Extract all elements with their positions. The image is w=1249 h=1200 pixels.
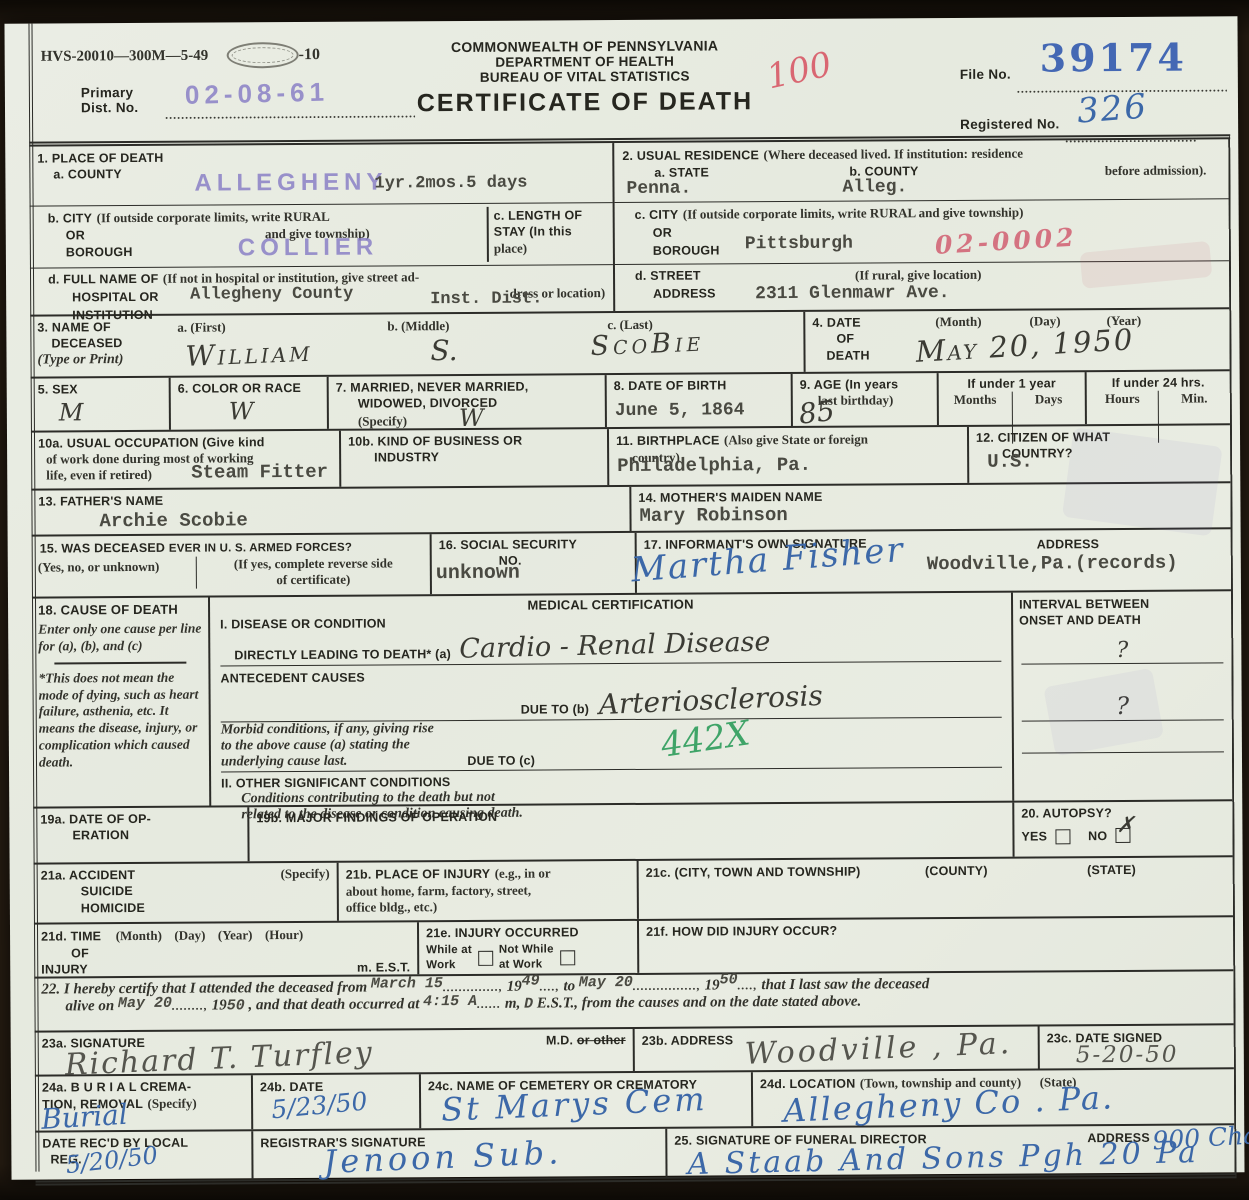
section-2-usual-residence: 2. USUAL RESIDENCE (Where deceased lived… — [614, 139, 1229, 311]
section-date-recd: DATE REC'D BY LOCAL REG. 5/20/50 — [35, 1131, 253, 1180]
section-19b-findings: 19b. MAJOR FINDINGS OF OPERATION — [249, 803, 1014, 862]
county-stamp: ALLEGHENY — [194, 168, 387, 197]
street-address-value: 2311 Glenmawr Ave. — [755, 283, 950, 304]
section-25-funeral-director: 25. SIGNATURE OF FUNERAL DIRECTOR ADDRES… — [667, 1125, 1234, 1176]
dob-value: June 5, 1864 — [615, 400, 745, 421]
institution-value: Allegheny County — [190, 285, 353, 305]
section-24c-cemetery: 24c. NAME OF CEMETERY OR CREMATORY St Ma… — [421, 1072, 753, 1128]
section-1-place-of-death: 1. PLACE OF DEATH a. COUNTY ALLEGHENY 1y… — [29, 143, 615, 315]
birthplace-value: Philadelphia, Pa. — [617, 454, 811, 477]
section-21c-city-county-state: 21c. (CITY, TOWN AND TOWNSHIP) (COUNTY) … — [639, 857, 1233, 919]
autopsy-no-mark: ✗ — [1116, 813, 1135, 838]
sex-value: M — [59, 398, 84, 426]
section-registrar-signature: REGISTRAR'S SIGNATURE Jenoon Sub. — [253, 1129, 667, 1180]
section-15-armed-forces: 15. WAS DECEASED EVER IN U. S. ARMED FOR… — [32, 534, 432, 596]
row-occupation-birthplace: 10a. USUAL OCCUPATION (Give kind of work… — [31, 425, 1230, 490]
res-city-value: Pittsburgh — [745, 234, 853, 255]
registered-no-value: 326 — [1076, 86, 1150, 131]
while-at-work-checkbox — [478, 951, 493, 966]
attended-from-value: March 15 — [371, 975, 443, 992]
section-23b-address: 23b. ADDRESS Woodville , Pa. — [635, 1026, 1040, 1070]
document-title: CERTIFICATE OF DEATH — [375, 87, 795, 119]
section-17-informant: 17. INFORMANT'S OWN SIGNATURE ADDRESS Ma… — [637, 529, 1231, 593]
row-registrar: DATE REC'D BY LOCAL REG. 5/20/50 REGISTR… — [35, 1125, 1234, 1180]
certificate-paper: HVS-20010—300M—5-49 -10 Primary Dist. No… — [4, 16, 1244, 1180]
first-name-value: William — [185, 335, 313, 373]
section-13-father: 13. FATHER'S NAME Archie Scobie — [31, 487, 631, 535]
marital-value: W — [459, 404, 484, 432]
section-7-marital: 7. MARRIED, NEVER MARRIED, WIDOWED, DIVO… — [329, 375, 607, 429]
last-alive-value: May 20 — [118, 995, 172, 1012]
row-parents: 13. FATHER'S NAME Archie Scobie 14. MOTH… — [31, 483, 1230, 536]
row-accident: 21a. ACCIDENT(Specify) SUICIDE HOMICIDE … — [34, 857, 1233, 924]
last-alive-year: 50 — [227, 997, 245, 1014]
section-21e-injury-occurred: 21e. INJURY OCCURRED While atWork Not Wh… — [419, 921, 639, 974]
section-3-name: 3. NAME OF DECEASED (Type or Print) a. (… — [30, 312, 805, 377]
last-name-value: ScoBie — [590, 327, 705, 363]
section-21f-how-injury: 21f. HOW DID INJURY OCCUR? — [639, 917, 1233, 973]
age-value: 85 — [797, 394, 836, 431]
section-18-cause-label: 18. CAUSE OF DEATH Enter only one cause … — [32, 598, 211, 807]
date-signed-value: 5-20-50 — [1076, 1042, 1179, 1069]
row-certification: 22. I hereby certify that I attended the… — [34, 971, 1233, 1032]
row-sex-race-birth: 5. SEX M 6. COLOR OR RACE W 7. MARRIED, … — [31, 371, 1230, 432]
section-21a-accident: 21a. ACCIDENT(Specify) SUICIDE HOMICIDE — [34, 863, 339, 923]
section-18-interval: INTERVAL BETWEEN ONSET AND DEATH ? ? — [1013, 591, 1232, 800]
section-24b-burial-date: 24b. DATE 5/23/50 — [253, 1074, 421, 1129]
interval-b-value: ? — [1116, 692, 1129, 720]
section-9-under-24h: If under 24 hrs. Hours Min. — [1087, 371, 1230, 424]
agency-header: COMMONWEALTH OF PENNSYLVANIA DEPARTMENT … — [375, 37, 795, 119]
section-24d-location: 24d. LOCATION (Town, township and county… — [753, 1069, 1234, 1126]
section-10b-industry: 10b. KIND OF BUSINESS OR INDUSTRY — [341, 429, 609, 487]
not-while-at-work-checkbox — [560, 951, 575, 966]
section-24a-burial: 24a. B U R I A L CREMA- TION, REMOVAL (S… — [35, 1075, 253, 1130]
state-seal-icon — [227, 42, 299, 68]
institution-value-2: Inst. Dist. — [430, 289, 542, 309]
section-20-autopsy: 20. AUTOPSY? YES NO ✗ — [1014, 801, 1232, 856]
race-value: W — [229, 397, 254, 425]
section-4-date-of-death: 4. DATE OF DEATH (Month) (Day) (Year) Ma… — [805, 309, 1229, 372]
scanned-death-certificate: HVS-20010—300M—5-49 -10 Primary Dist. No… — [0, 0, 1249, 1200]
dst-mark: D — [524, 996, 533, 1013]
death-time-value: 4:15 A — [423, 993, 477, 1010]
registered-no-row: Registered No. — [960, 115, 1060, 134]
section-8-dob: 8. DATE OF BIRTH June 5, 1864 — [607, 374, 793, 427]
attended-from-year: 49 — [522, 973, 540, 990]
section-18-medical-certification: MEDICAL CERTIFICATION I. DISEASE OR COND… — [210, 593, 1014, 806]
section-10a-occupation: 10a. USUAL OCCUPATION (Give kind of work… — [31, 431, 341, 489]
middle-name-value: S. — [430, 334, 457, 367]
section-22-certification: 22. I hereby certify that I attended the… — [34, 971, 1233, 1030]
section-11-birthplace: 11. BIRTHPLACE (Also give State or forei… — [609, 427, 969, 485]
attended-to-value: May 20 — [579, 974, 633, 991]
section-23a-signature: 23a. SIGNATURE M.D. or other Richard T. … — [35, 1029, 635, 1075]
section-19a-date-op: 19a. DATE OF OP- ERATION — [33, 807, 249, 862]
physician-address-value: Woodville , Pa. — [744, 1026, 1013, 1072]
row-name-dod: 3. NAME OF DECEASED (Type or Print) a. (… — [30, 309, 1229, 378]
autopsy-yes-checkbox — [1055, 829, 1070, 844]
row-place-residence: 1. PLACE OF DEATH a. COUNTY ALLEGHENY 1y… — [29, 139, 1229, 316]
informant-address-value: Woodville,Pa.(records) — [927, 552, 1178, 576]
section-23c-date-signed: 23c. DATE SIGNED 5-20-50 — [1040, 1025, 1234, 1068]
row-burial: 24a. B U R I A L CREMA- TION, REMOVAL (S… — [35, 1069, 1234, 1132]
row-forces-ssn-informant: 15. WAS DECEASED EVER IN U. S. ARMED FOR… — [32, 529, 1231, 598]
attended-to-year: 50 — [720, 971, 738, 988]
burial-type-value: Burial — [40, 1098, 128, 1136]
ssn-value: unknown — [436, 562, 520, 586]
row-physician: 23a. SIGNATURE M.D. or other Richard T. … — [35, 1025, 1234, 1076]
father-name-value: Archie Scobie — [99, 509, 247, 532]
citizen-value: U.S. — [987, 451, 1033, 473]
row-operation-autopsy: 19a. DATE OF OP- ERATION 19b. MAJOR FIND… — [33, 801, 1232, 864]
file-no-row: File No. — [960, 66, 1011, 84]
mother-name-value: Mary Robinson — [639, 504, 787, 527]
row-cause-of-death: 18. CAUSE OF DEATH Enter only one cause … — [32, 591, 1232, 808]
section-21b-place-injury: 21b. PLACE OF INJURY (e.g., in or about … — [339, 861, 639, 921]
section-21d-time-injury: 21d. TIME (Month) (Day) (Year) (Hour) OF… — [34, 922, 419, 976]
occupation-value: Steam Fitter — [191, 461, 328, 484]
primary-dist-stamp: 02-08-61 — [185, 77, 330, 111]
form-grid: 1. PLACE OF DEATH a. COUNTY ALLEGHENY 1y… — [29, 134, 1236, 1185]
cause-b-value: Arteriosclerosis — [598, 679, 823, 721]
section-9-under-1yr: If under 1 year Months Days — [939, 372, 1087, 425]
section-6-color-race: 6. COLOR OR RACE W — [171, 377, 329, 430]
interval-a-value: ? — [1116, 638, 1128, 663]
row-injury-time: 21d. TIME (Month) (Day) (Year) (Hour) OF… — [34, 917, 1233, 978]
file-no-stamp: 39174 — [1040, 35, 1187, 81]
city-stamp: COLLIER — [238, 233, 378, 262]
section-14-mother: 14. MOTHER'S MAIDEN NAME Mary Robinson — [631, 483, 1230, 531]
section-5-sex: 5. SEX M — [31, 378, 171, 431]
res-county-value: Alleg. — [842, 177, 907, 197]
form-number: HVS-20010—300M—5-49 -10 — [41, 42, 320, 70]
section-9-age: 9. AGE (In years last birthday) 85 — [793, 373, 939, 426]
length-of-stay-value: 1yr.2mos.5 days — [374, 174, 527, 194]
state-value: Penna. — [626, 179, 691, 199]
section-16-ssn: 16. SOCIAL SECURITY NO. unknown — [432, 533, 637, 594]
section-12-citizen: 12. CITIZEN OF WHAT COUNTRY? U.S. — [969, 425, 1230, 483]
cause-a-value: Cardio - Renal Disease — [459, 627, 771, 665]
